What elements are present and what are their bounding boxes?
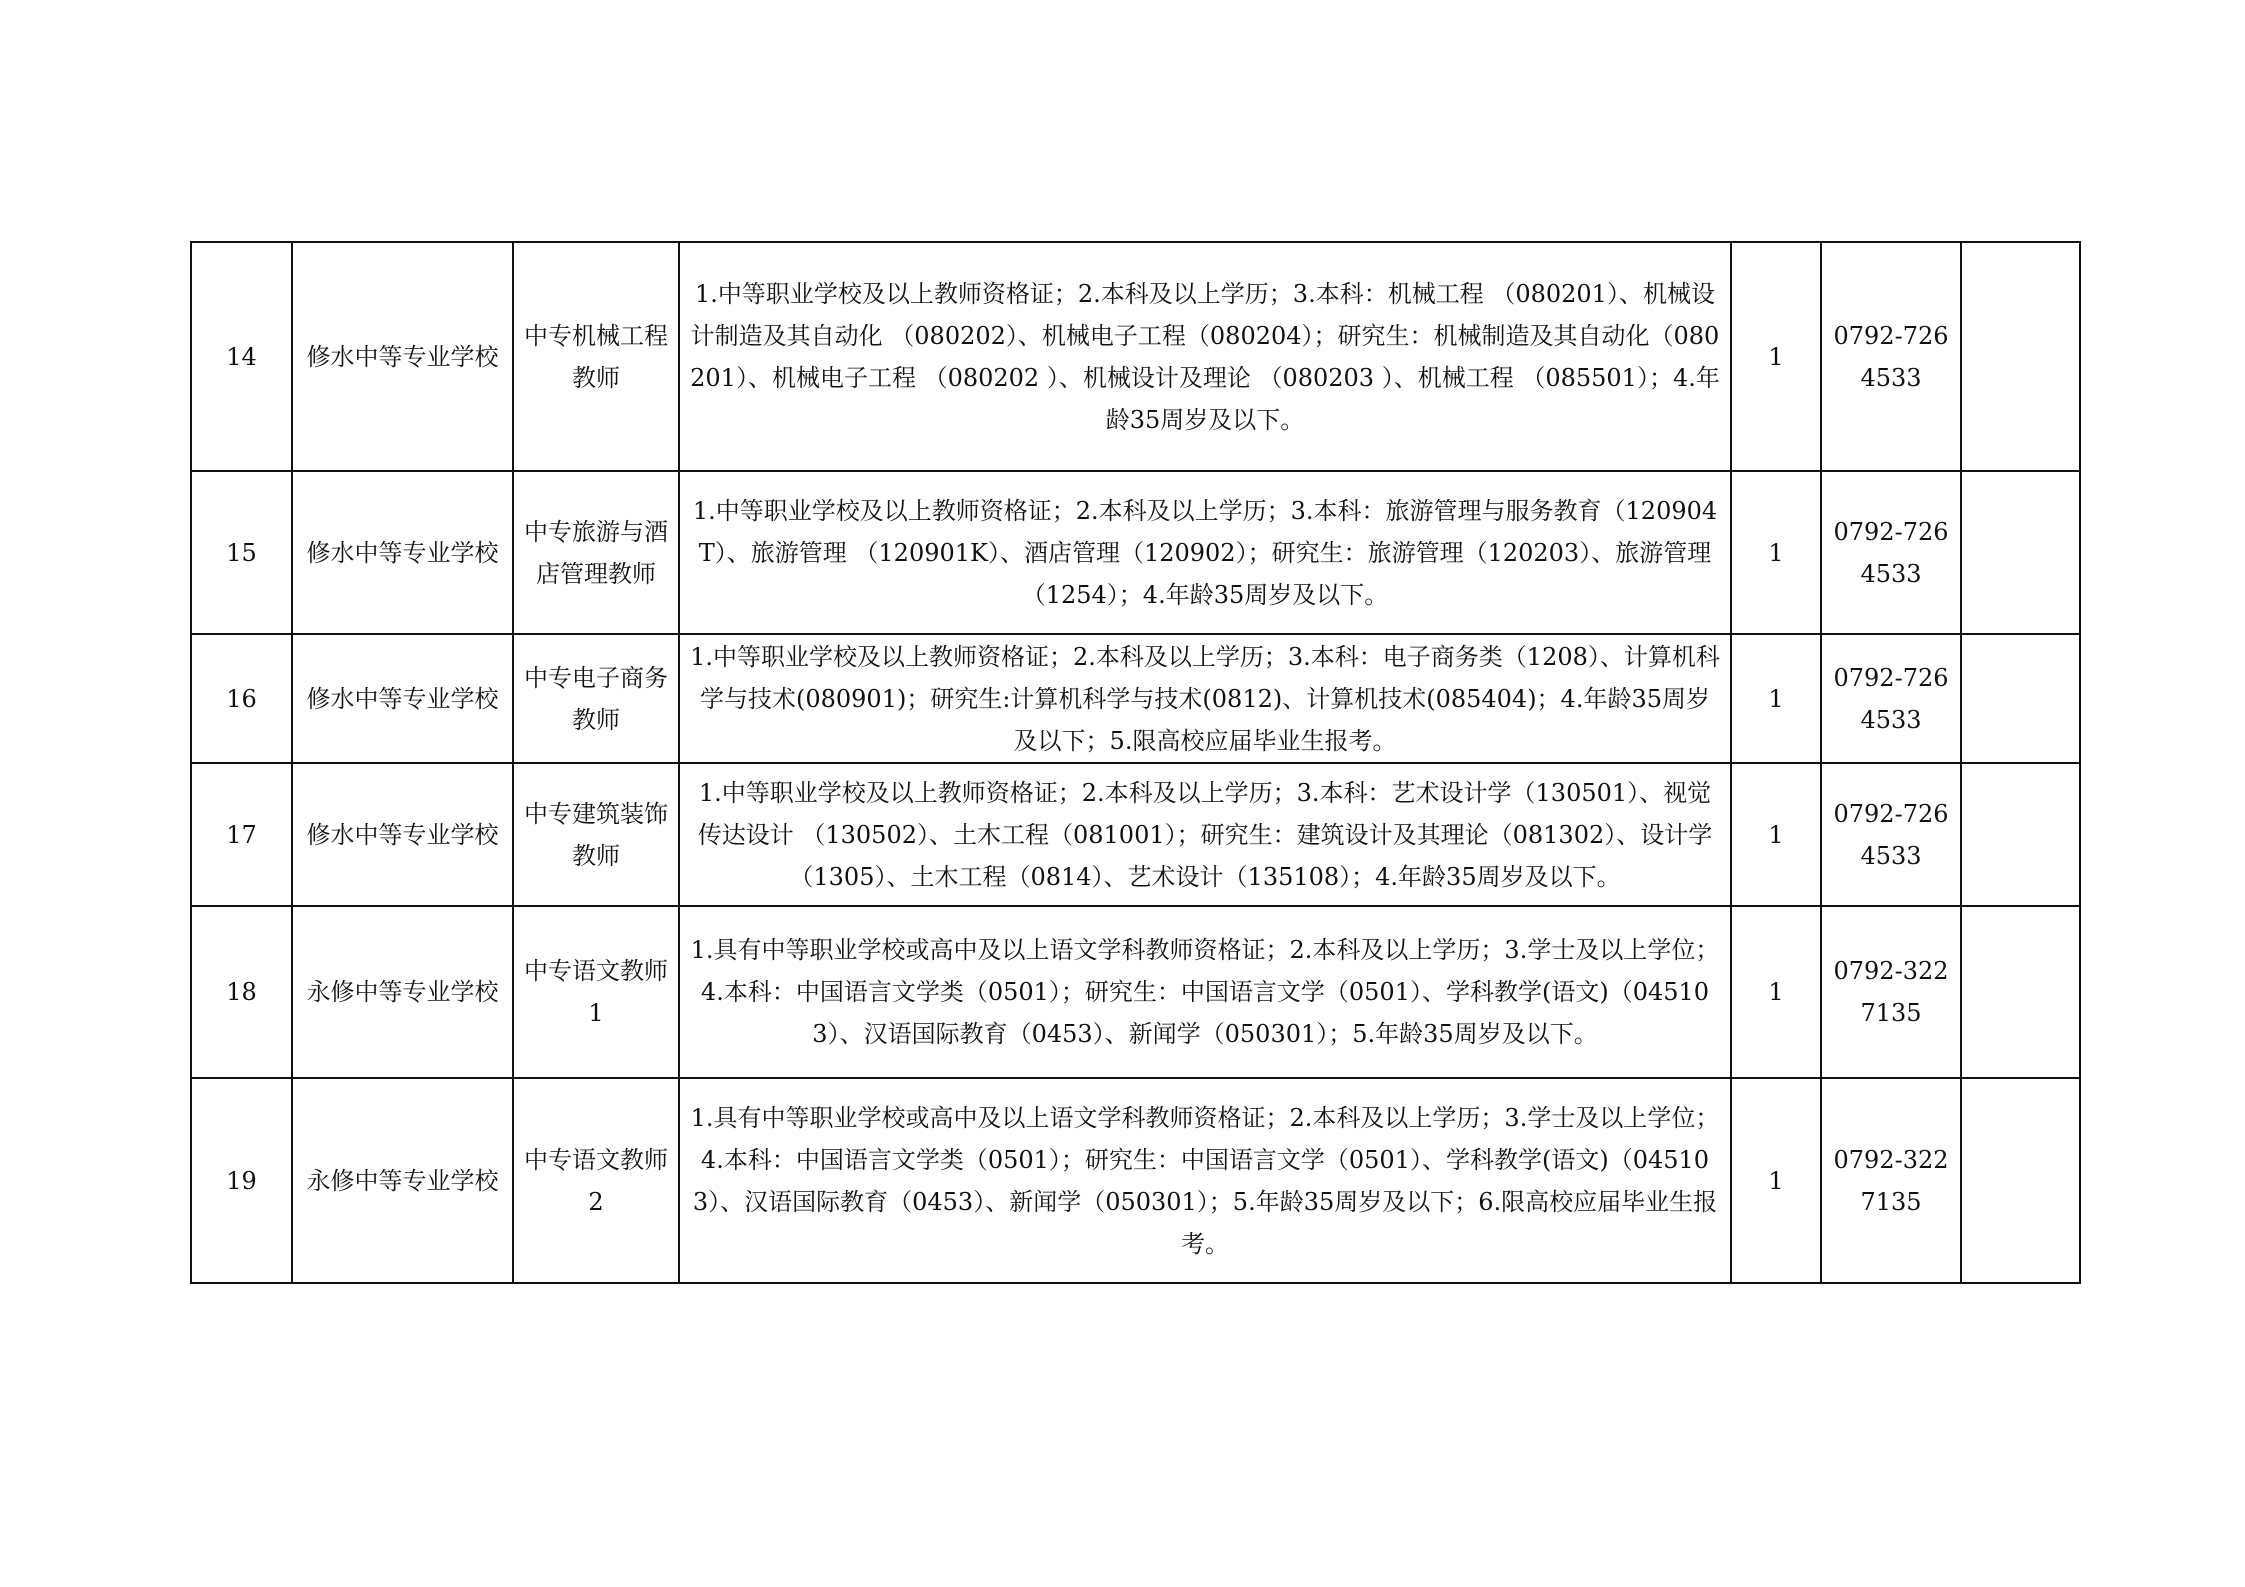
position-name: 中专电子商务教师 bbox=[513, 634, 679, 763]
school-name: 修水中等专业学校 bbox=[292, 763, 513, 906]
school-name: 修水中等专业学校 bbox=[292, 242, 513, 471]
position-name: 中专建筑装饰教师 bbox=[513, 763, 679, 906]
position-name: 中专机械工程教师 bbox=[513, 242, 679, 471]
contact-phone: 0792-7264533 bbox=[1821, 634, 1961, 763]
contact-phone: 0792-7264533 bbox=[1821, 471, 1961, 634]
table-row: 17 修水中等专业学校 中专建筑装饰教师 1.中等职业学校及以上教师资格证；2.… bbox=[191, 763, 2080, 906]
contact-phone: 0792-7264533 bbox=[1821, 242, 1961, 471]
headcount: 1 bbox=[1731, 763, 1821, 906]
table-row: 14 修水中等专业学校 中专机械工程教师 1.中等职业学校及以上教师资格证；2.… bbox=[191, 242, 2080, 471]
school-name: 永修中等专业学校 bbox=[292, 1078, 513, 1283]
table-row: 16 修水中等专业学校 中专电子商务教师 1.中等职业学校及以上教师资格证；2.… bbox=[191, 634, 2080, 763]
requirements: 1.具有中等职业学校或高中及以上语文学科教师资格证；2.本科及以上学历；3.学士… bbox=[679, 906, 1731, 1078]
row-number: 17 bbox=[191, 763, 292, 906]
contact-phone: 0792-3227135 bbox=[1821, 1078, 1961, 1283]
remarks bbox=[1961, 242, 2080, 471]
requirements: 1.具有中等职业学校或高中及以上语文学科教师资格证；2.本科及以上学历；3.学士… bbox=[679, 1078, 1731, 1283]
requirements: 1.中等职业学校及以上教师资格证；2.本科及以上学历；3.本科：艺术设计学（13… bbox=[679, 763, 1731, 906]
contact-phone: 0792-7264533 bbox=[1821, 763, 1961, 906]
row-number: 18 bbox=[191, 906, 292, 1078]
table-row: 15 修水中等专业学校 中专旅游与酒店管理教师 1.中等职业学校及以上教师资格证… bbox=[191, 471, 2080, 634]
table-row: 19 永修中等专业学校 中专语文教师2 1.具有中等职业学校或高中及以上语文学科… bbox=[191, 1078, 2080, 1283]
remarks bbox=[1961, 471, 2080, 634]
position-name: 中专旅游与酒店管理教师 bbox=[513, 471, 679, 634]
position-name: 中专语文教师2 bbox=[513, 1078, 679, 1283]
headcount: 1 bbox=[1731, 906, 1821, 1078]
contact-phone: 0792-3227135 bbox=[1821, 906, 1961, 1078]
requirements: 1.中等职业学校及以上教师资格证；2.本科及以上学历；3.本科：电子商务类（12… bbox=[679, 634, 1731, 763]
row-number: 19 bbox=[191, 1078, 292, 1283]
headcount: 1 bbox=[1731, 634, 1821, 763]
requirements: 1.中等职业学校及以上教师资格证；2.本科及以上学历；3.本科：机械工程 （08… bbox=[679, 242, 1731, 471]
headcount: 1 bbox=[1731, 1078, 1821, 1283]
school-name: 修水中等专业学校 bbox=[292, 634, 513, 763]
row-number: 14 bbox=[191, 242, 292, 471]
school-name: 修水中等专业学校 bbox=[292, 471, 513, 634]
headcount: 1 bbox=[1731, 471, 1821, 634]
remarks bbox=[1961, 763, 2080, 906]
row-number: 16 bbox=[191, 634, 292, 763]
school-name: 永修中等专业学校 bbox=[292, 906, 513, 1078]
remarks bbox=[1961, 1078, 2080, 1283]
position-name: 中专语文教师1 bbox=[513, 906, 679, 1078]
remarks bbox=[1961, 634, 2080, 763]
remarks bbox=[1961, 906, 2080, 1078]
headcount: 1 bbox=[1731, 242, 1821, 471]
requirements: 1.中等职业学校及以上教师资格证；2.本科及以上学历；3.本科：旅游管理与服务教… bbox=[679, 471, 1731, 634]
row-number: 15 bbox=[191, 471, 292, 634]
recruitment-table: 14 修水中等专业学校 中专机械工程教师 1.中等职业学校及以上教师资格证；2.… bbox=[190, 241, 2081, 1284]
table-row: 18 永修中等专业学校 中专语文教师1 1.具有中等职业学校或高中及以上语文学科… bbox=[191, 906, 2080, 1078]
